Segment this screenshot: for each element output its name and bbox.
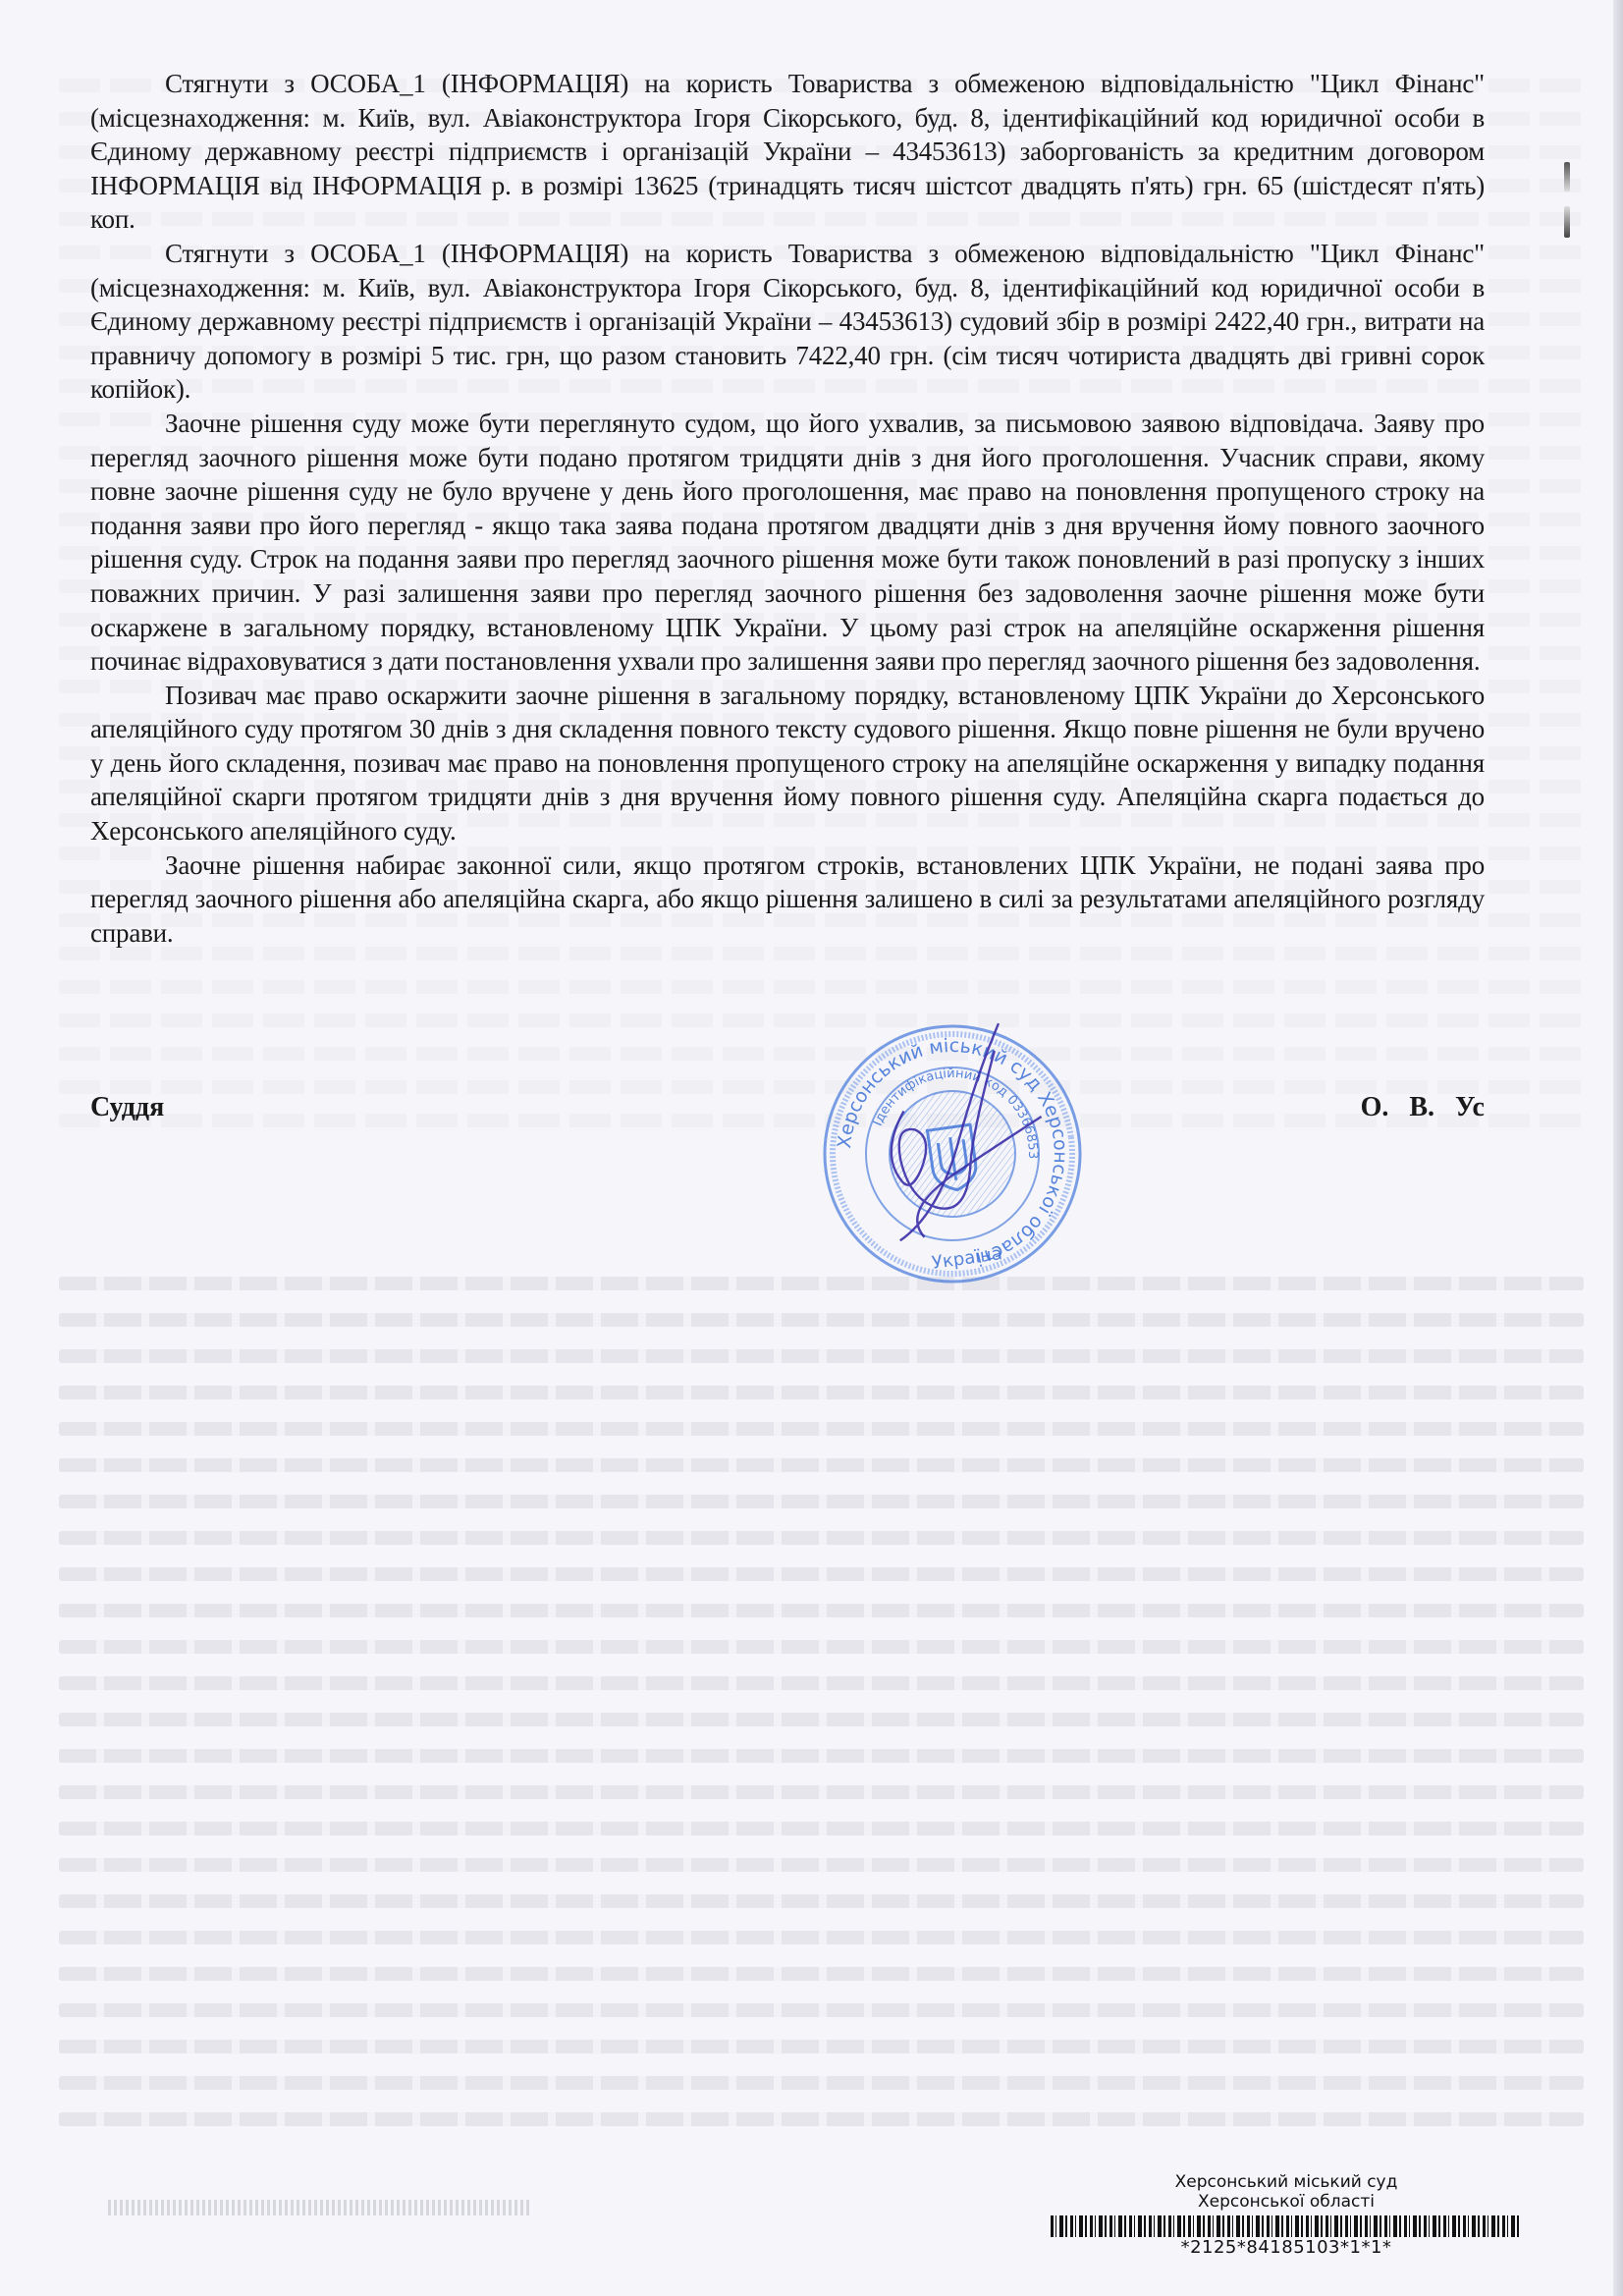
bleed-through-barcode bbox=[108, 2200, 530, 2215]
staple-mark bbox=[1564, 162, 1570, 191]
paragraph-appeal-rights: Позивач має право оскаржити заочне рішен… bbox=[90, 679, 1485, 848]
footer-court-name: Херсонський міський суд bbox=[1041, 2172, 1532, 2192]
document-body: Стягнути з ОСОБА_1 (ІНФОРМАЦІЯ) на корис… bbox=[90, 67, 1485, 950]
barcode-number: *2125*84185103*1*1* bbox=[1041, 2237, 1532, 2259]
page-edge bbox=[1613, 0, 1623, 2296]
paragraph-debt-recovery: Стягнути з ОСОБА_1 (ІНФОРМАЦІЯ) на корис… bbox=[90, 67, 1485, 237]
judge-name: О. В. Ус bbox=[1361, 1092, 1485, 1123]
paragraph-court-fee-recovery: Стягнути з ОСОБА_1 (ІНФОРМАЦІЯ) на корис… bbox=[90, 237, 1485, 407]
bleed-through-text-bottom bbox=[59, 1277, 1584, 2210]
barcode-icon bbox=[1051, 2215, 1522, 2237]
footer-court-region: Херсонської області bbox=[1041, 2192, 1532, 2212]
seal-icon: Херсонський міський суд Херсонської обла… bbox=[803, 1005, 1103, 1304]
judge-title: Суддя bbox=[90, 1092, 164, 1123]
paragraph-default-judgment-review: Заочне рішення суду може бути переглянут… bbox=[90, 407, 1485, 679]
signature-block: Суддя О. В. Ус bbox=[90, 1092, 1485, 1131]
paragraph-entry-into-force: Заочне рішення набирає законної сили, як… bbox=[90, 848, 1485, 951]
court-seal-stamp: Херсонський міський суд Херсонської обла… bbox=[803, 1005, 1103, 1304]
staple-mark bbox=[1564, 206, 1570, 238]
footer-registry-stamp: Херсонський міський суд Херсонської обла… bbox=[1041, 2172, 1532, 2259]
seal-bottom-text: Україна bbox=[931, 1243, 1003, 1274]
